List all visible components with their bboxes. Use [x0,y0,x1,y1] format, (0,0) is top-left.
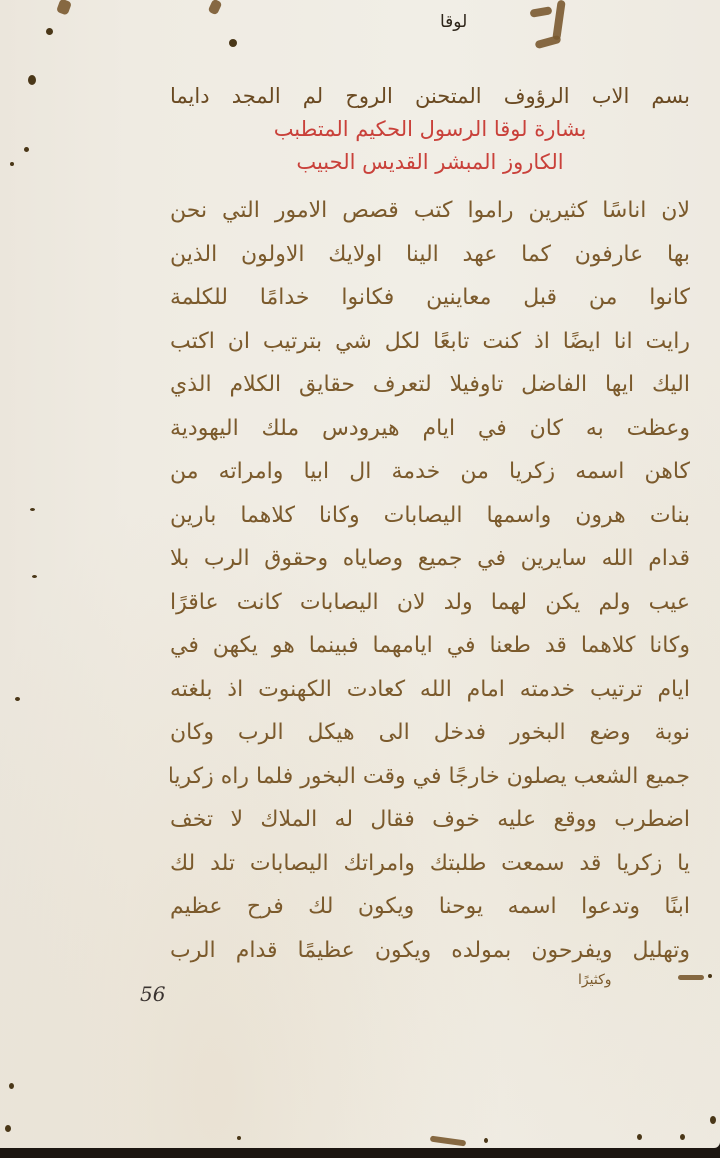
ink-stain [529,6,552,18]
text-line: قدام الله سايرين في جميع وصاياه وحقوق ال… [170,537,690,581]
text-line: وكانا كلاهما قد طعنا في ايامهما فبينما ه… [170,624,690,668]
manuscript-page: لوقا بسم الاب الرؤوف المتحنن الروح لم ال… [0,0,720,1148]
ink-spot [15,697,20,701]
ink-stain [552,0,565,40]
ink-stain [430,1136,466,1147]
title-line-evangelist: الكاروز المبشر القديس الحبيب [170,146,690,179]
ink-stain [534,35,561,49]
text-line: لان اناسًا كثيرين راموا كتب قصص الامور ا… [170,189,690,233]
text-block: بسم الاب الرؤوف المتحنن الروح لم المجد د… [170,80,690,972]
ink-spot [710,1116,716,1124]
folio-number: 56 [140,982,165,1006]
text-line: بها عارفون كما عهد الينا اولايك الاولون … [170,233,690,277]
ink-stain [678,975,704,980]
ink-stain [208,0,223,15]
running-header: لوقا [440,12,467,32]
text-line: جميع الشعب يصلون خارجًا في وقت البخور فل… [170,755,690,799]
text-line: وعظت به كان في ايام هيرودس ملك اليهودية [170,407,690,451]
ink-stain [56,0,72,16]
ink-spot [484,1138,488,1143]
text-line: ايام ترتيب خدمته امام الله كعادت الكهنوت… [170,668,690,712]
ink-spot [637,1134,642,1140]
ink-spot [46,28,53,35]
ink-spot [5,1125,11,1132]
ink-spot [10,162,14,166]
ink-spot [708,974,712,978]
text-line: بنات هرون واسمها اليصابات وكانا كلاهما ب… [170,494,690,538]
ink-spot [9,1083,14,1089]
ink-spot [28,75,36,85]
catchword: وكثيرًا [578,972,612,988]
text-line: ابنًا وتدعوا اسمه يوحنا ويكون لك فرح عظي… [170,885,690,929]
ink-spot [30,508,35,511]
text-line: وتهليل ويفرحون بمولده ويكون عظيمًا قدام … [170,929,690,973]
text-line: يا زكريا قد سمعت طلبتك وامراتك اليصابات … [170,842,690,886]
ink-spot [32,575,37,578]
text-line: كاهن اسمه زكريا من خدمة ال ابيا وامراته … [170,450,690,494]
text-line: اليك ايها الفاضل تاوفيلا لتعرف حقايق الك… [170,363,690,407]
ink-spot [680,1134,685,1140]
text-line: كانوا من قبل معاينين فكانوا خدامًا للكلم… [170,276,690,320]
text-line: عيب ولم يكن لهما ولد لان اليصابات كانت ع… [170,581,690,625]
title-line-invocation: بسم الاب الرؤوف المتحنن الروح لم المجد د… [170,80,690,113]
ink-spot [229,39,237,47]
ink-spot [24,147,29,152]
title-line-gospel: بشارة لوقا الرسول الحكيم المتطبب [170,113,690,146]
text-line: نوبة وضع البخور فدخل الى هيكل الرب وكان [170,711,690,755]
text-line: اضطرب ووقع عليه خوف فقال له الملاك لا تخ… [170,798,690,842]
text-line: رايت انا ايضًا اذ كنت تابعًا لكل شي بترت… [170,320,690,364]
ink-spot [237,1136,241,1140]
